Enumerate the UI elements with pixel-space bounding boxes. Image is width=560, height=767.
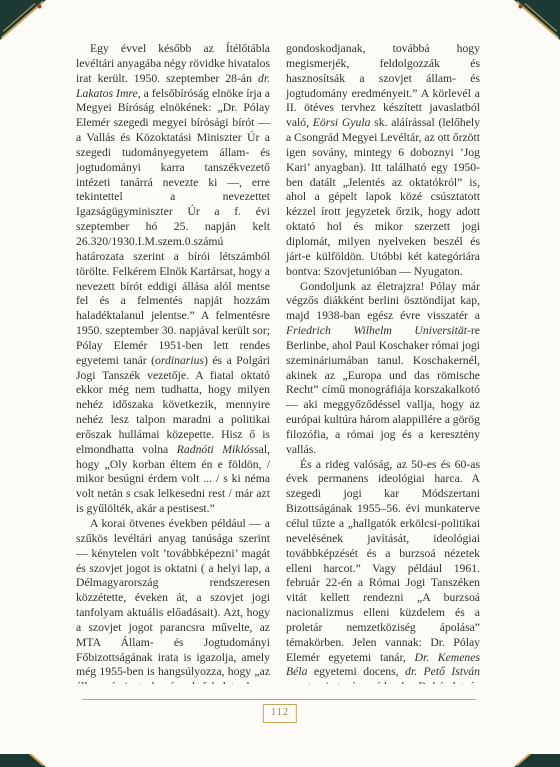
paragraph: Gondoljunk az életrajzra! Pólay már végz…	[286, 280, 480, 458]
corner-ornament-bottom-left-icon	[0, 754, 48, 767]
book-page: Egy évvel később az Ítélőtábla levéltári…	[0, 0, 560, 767]
corner-ornament-top-left-icon	[0, 0, 48, 42]
corner-ornament-bottom-right-icon	[512, 754, 560, 767]
text-column-left: Egy évvel később az Ítélőtábla levéltári…	[76, 42, 270, 684]
footer-rule	[82, 699, 476, 700]
corner-ornament-top-right-icon	[512, 0, 560, 42]
paragraph: És a rideg valóság, az 50-es és 60-as év…	[286, 458, 480, 684]
page-number: 112	[271, 707, 289, 718]
paragraph: gondoskodjanak, továbbá hogy megismerjék…	[286, 42, 480, 280]
page-number-box: 112	[263, 704, 297, 723]
text-column-right: gondoskodjanak, továbbá hogy megismerjék…	[286, 42, 480, 684]
two-column-text-block: Egy évvel később az Ítélőtábla levéltári…	[76, 42, 480, 684]
paragraph: Egy évvel később az Ítélőtábla levéltári…	[76, 42, 270, 517]
paragraph: A korai ötvenes években például — a szűk…	[76, 517, 270, 684]
